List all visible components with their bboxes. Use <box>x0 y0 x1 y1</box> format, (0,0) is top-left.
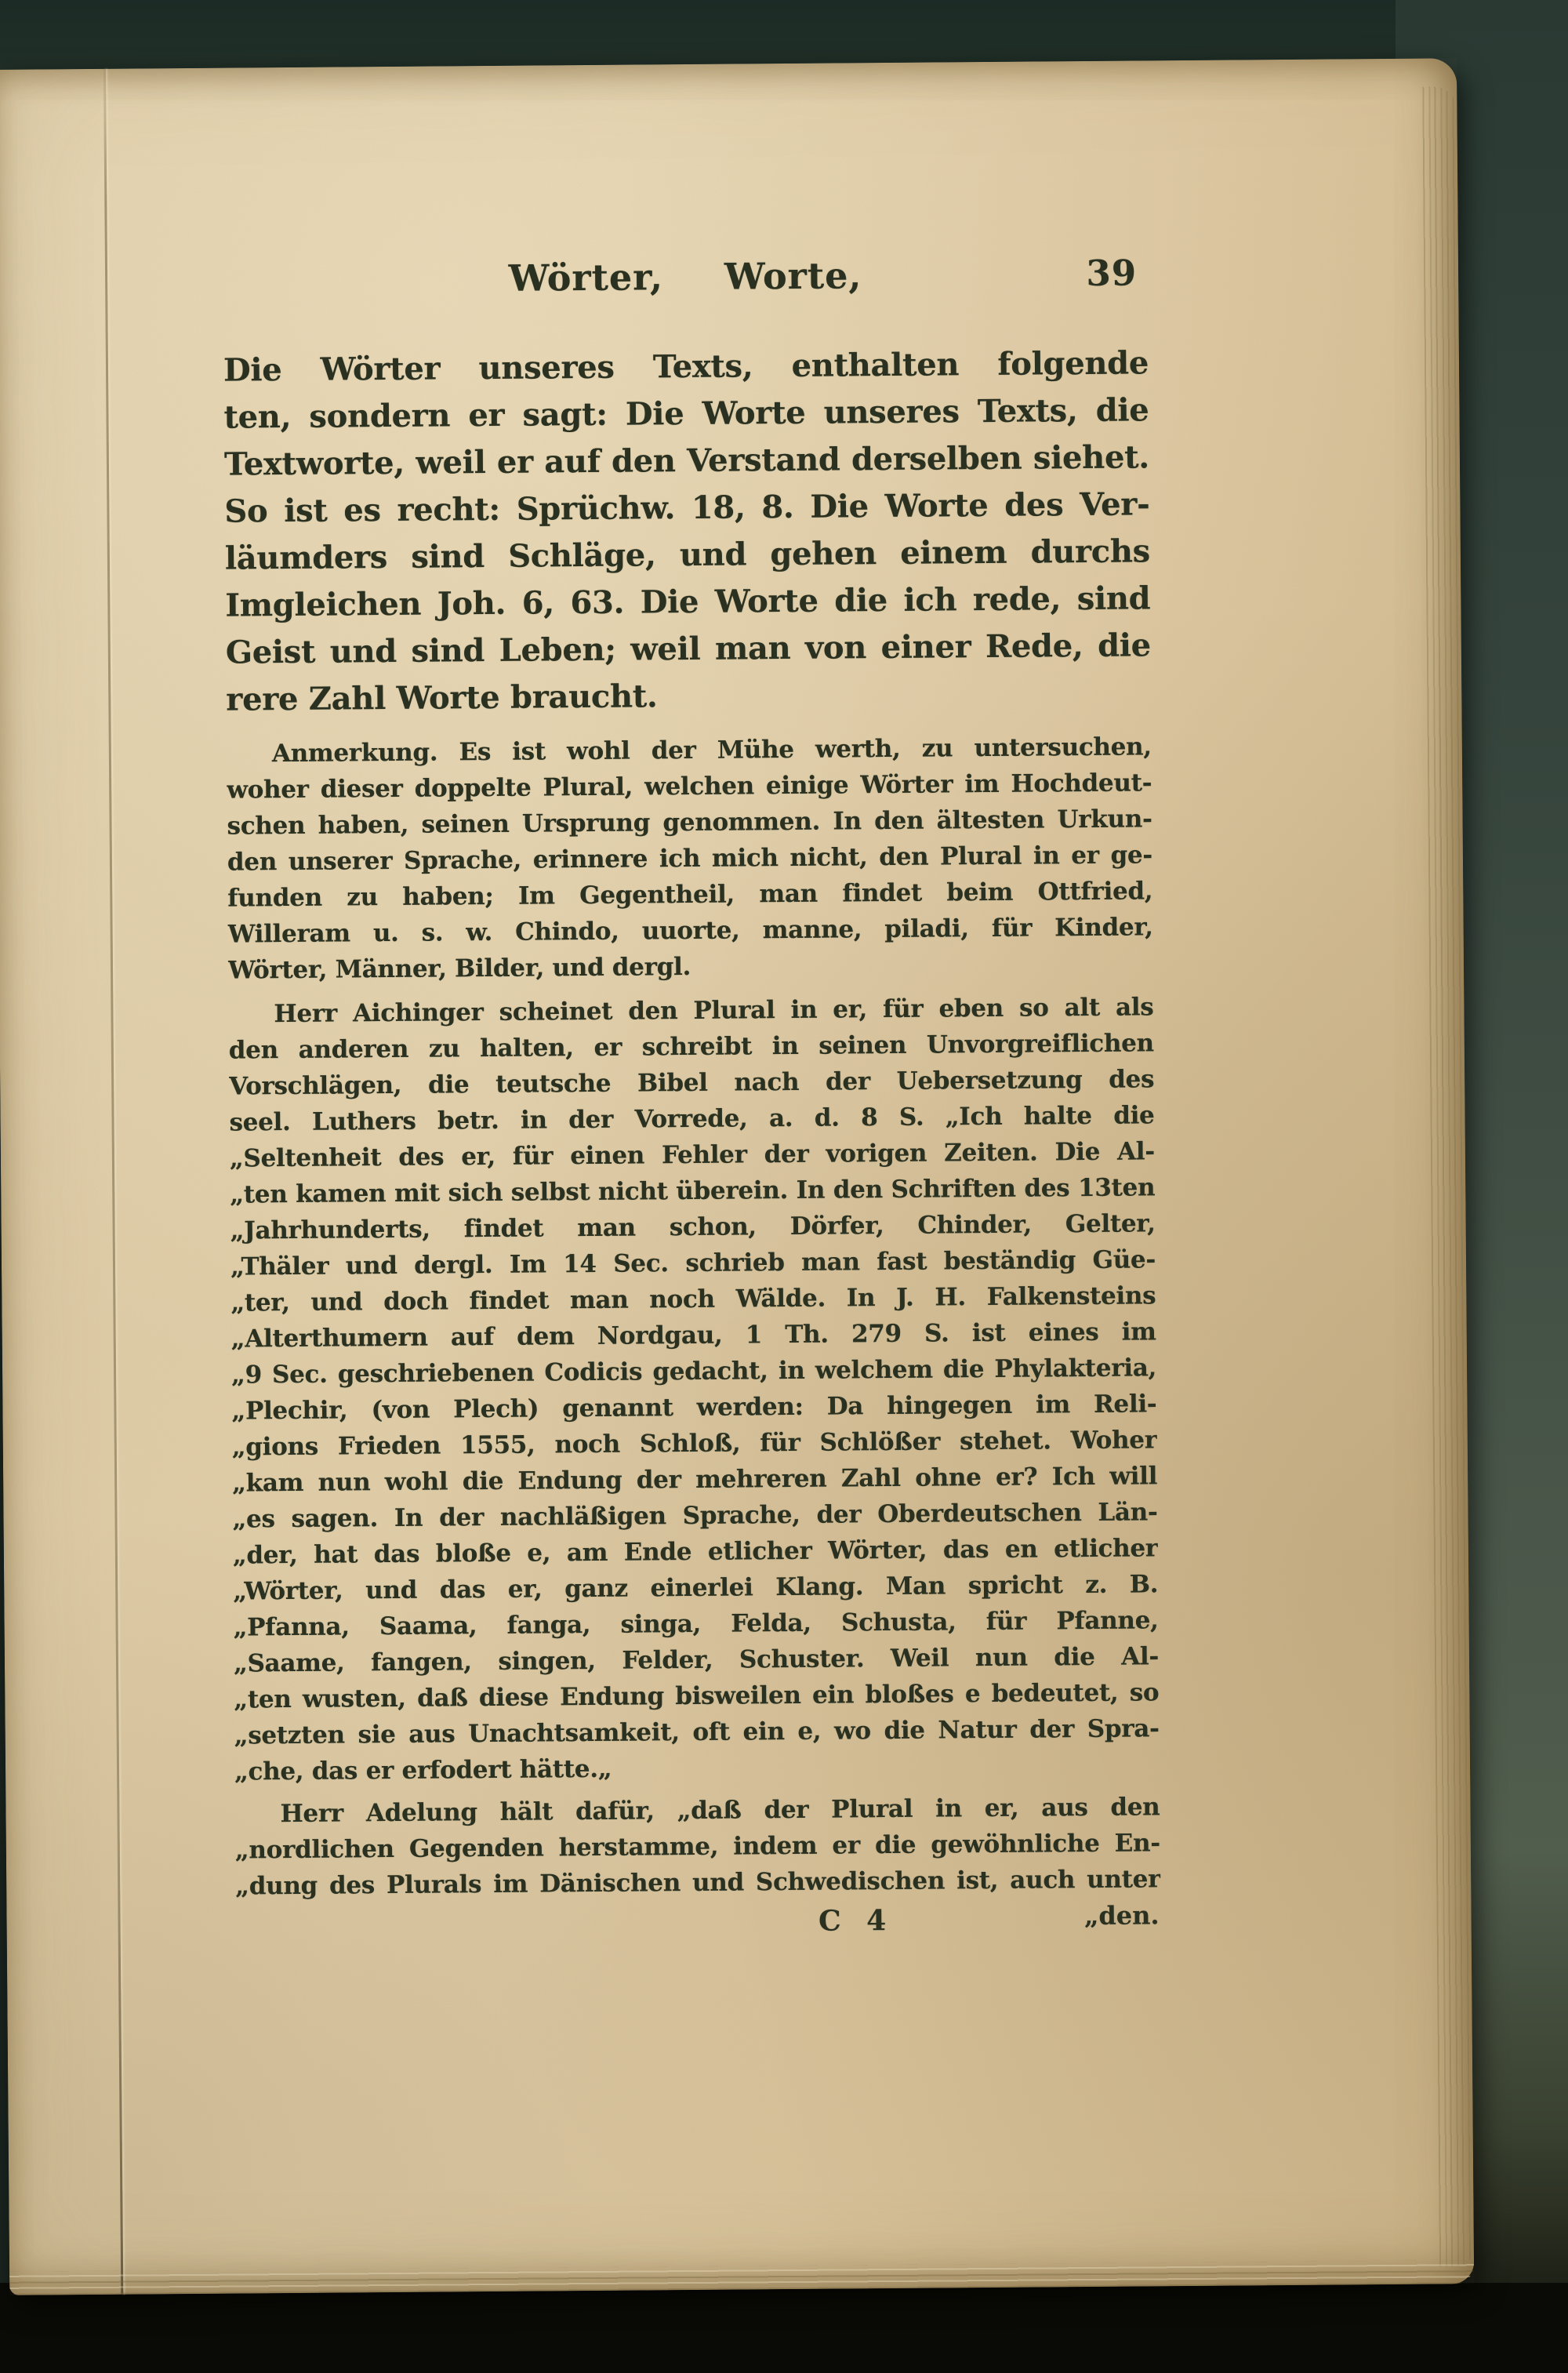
book-page: Wörter, Worte, 39 Die Wörter unseres Tex… <box>0 58 1474 2295</box>
text-line: Imgleichen Joh. 6, 63. Die Worte die ich… <box>225 575 1150 629</box>
page-crease <box>103 69 123 2295</box>
background-bottom <box>0 2283 1568 2373</box>
note-paragraph-anmerkung: Anmerkung. Es ist wohl der Mühe werth, z… <box>227 729 1153 988</box>
note-paragraph-adelung: Herr Adelung hält dafür, „daß der Plural… <box>234 1789 1160 1904</box>
text-line: Textworte, weil er auf den Verstand ders… <box>224 434 1149 488</box>
text-line: „setzten sie aus Unachtsamkeit, oft ein … <box>234 1710 1160 1753</box>
text-line: Die Wörter unseres Texts, enthalten folg… <box>223 340 1149 394</box>
note-paragraph-aichinger: Herr Aichinger scheinet den Plural in er… <box>228 989 1160 1790</box>
text-line: rere Zahl Worte braucht. <box>226 669 1151 723</box>
running-header-word-right: Worte, <box>724 254 862 297</box>
text-line: Willeram u. s. w. Chindo, uuorte, manne,… <box>228 909 1153 952</box>
signature-mark: C 4 <box>818 1904 895 1938</box>
footer-line: C 4 „den. <box>235 1900 1160 1948</box>
text-line: ten, sondern er sagt: Die Worte unseres … <box>223 387 1149 441</box>
page-number: 39 <box>1086 252 1137 294</box>
running-header-word-left: Wörter, <box>509 256 664 300</box>
text-line: Wörter, Männer, Bilder, und dergl. <box>228 945 1153 988</box>
text-line: Geist und sind Leben; weil man von einer… <box>226 622 1151 676</box>
text-block: Wörter, Worte, 39 Die Wörter unseres Tex… <box>223 252 1161 1948</box>
text-line: So ist es recht: Sprüchw. 18, 8. Die Wor… <box>224 481 1149 535</box>
text-line: läumders sind Schläge, und gehen einem d… <box>225 528 1150 582</box>
catchword: „den. <box>1084 1900 1160 1931</box>
running-header: Wörter, Worte, 39 <box>223 252 1148 304</box>
text-line: „dung des Plurals im Dänischen und Schwe… <box>235 1861 1160 1904</box>
scanned-book-photo: Wörter, Worte, 39 Die Wörter unseres Tex… <box>0 0 1568 2373</box>
main-paragraph: Die Wörter unseres Texts, enthalten folg… <box>223 340 1152 723</box>
text-line: „che, das er erfodert hätte.„ <box>234 1746 1160 1790</box>
